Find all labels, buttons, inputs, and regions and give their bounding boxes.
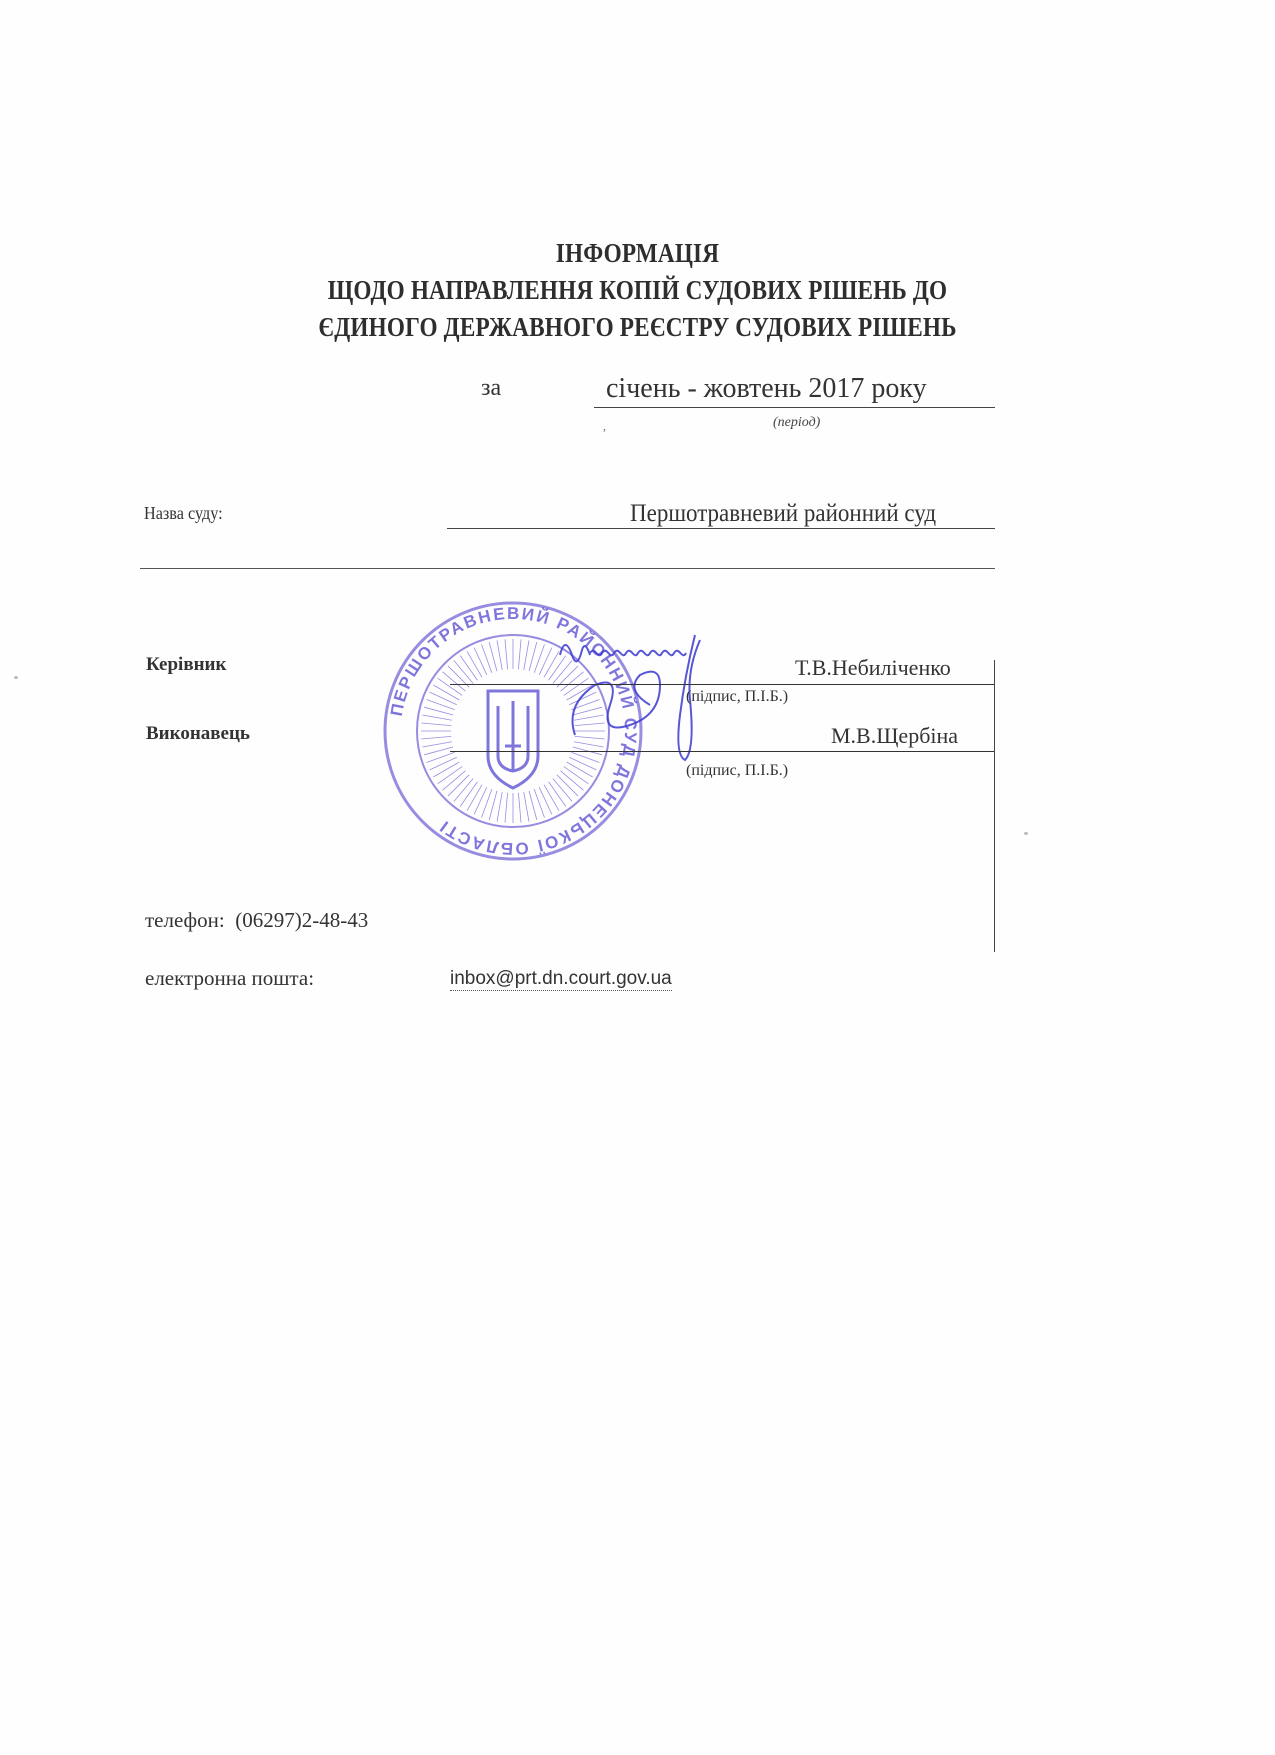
signature-caption-head: (підпис, П.І.Б.): [686, 688, 788, 706]
signature-line-head: [450, 684, 995, 685]
court-name-label: Назва суду:: [144, 503, 223, 524]
signature-name-executor: М.В.Щербіна: [831, 723, 958, 749]
document-title-line-2: ЩОДО НАПРАВЛЕННЯ КОПІЙ СУДОВИХ РІШЕНЬ ДО: [89, 275, 1186, 306]
phone-label: телефон:: [145, 908, 225, 932]
signature-role-head: Керівник: [146, 654, 226, 676]
document-title-line-3: ЄДИНОГО ДЕРЖАВНОГО РЕЄСТРУ СУДОВИХ РІШЕН…: [89, 312, 1186, 343]
court-name-underline: [447, 528, 995, 529]
period-prefix: за: [481, 375, 501, 402]
phone-line: телефон: (06297)2-48-43: [145, 908, 368, 933]
email-link[interactable]: inbox@prt.dn.court.gov.ua: [450, 968, 672, 991]
period-caption: (період): [773, 415, 820, 431]
document-title-line-1: ІНФОРМАЦІЯ: [89, 238, 1186, 269]
signature-line-executor: [450, 751, 995, 752]
scan-speck: [1024, 832, 1028, 835]
period-underline: [594, 407, 995, 408]
trident-emblem-icon: [488, 691, 538, 788]
stray-mark: ,: [603, 419, 606, 434]
right-border-line: [994, 660, 995, 952]
court-name-second-line: [140, 568, 995, 569]
period-value: січень - жовтень 2017 року: [606, 373, 927, 405]
court-name-value: Першотравневий районний суд: [630, 500, 936, 528]
scan-speck: [14, 676, 18, 679]
signature-name-head: Т.В.Небиліченко: [795, 655, 951, 681]
signature-caption-executor: (підпис, П.І.Б.): [686, 762, 788, 780]
email-label: електронна пошта:: [145, 966, 314, 991]
phone-value: (06297)2-48-43: [235, 908, 368, 932]
signature-role-executor: Виконавець: [146, 723, 250, 745]
